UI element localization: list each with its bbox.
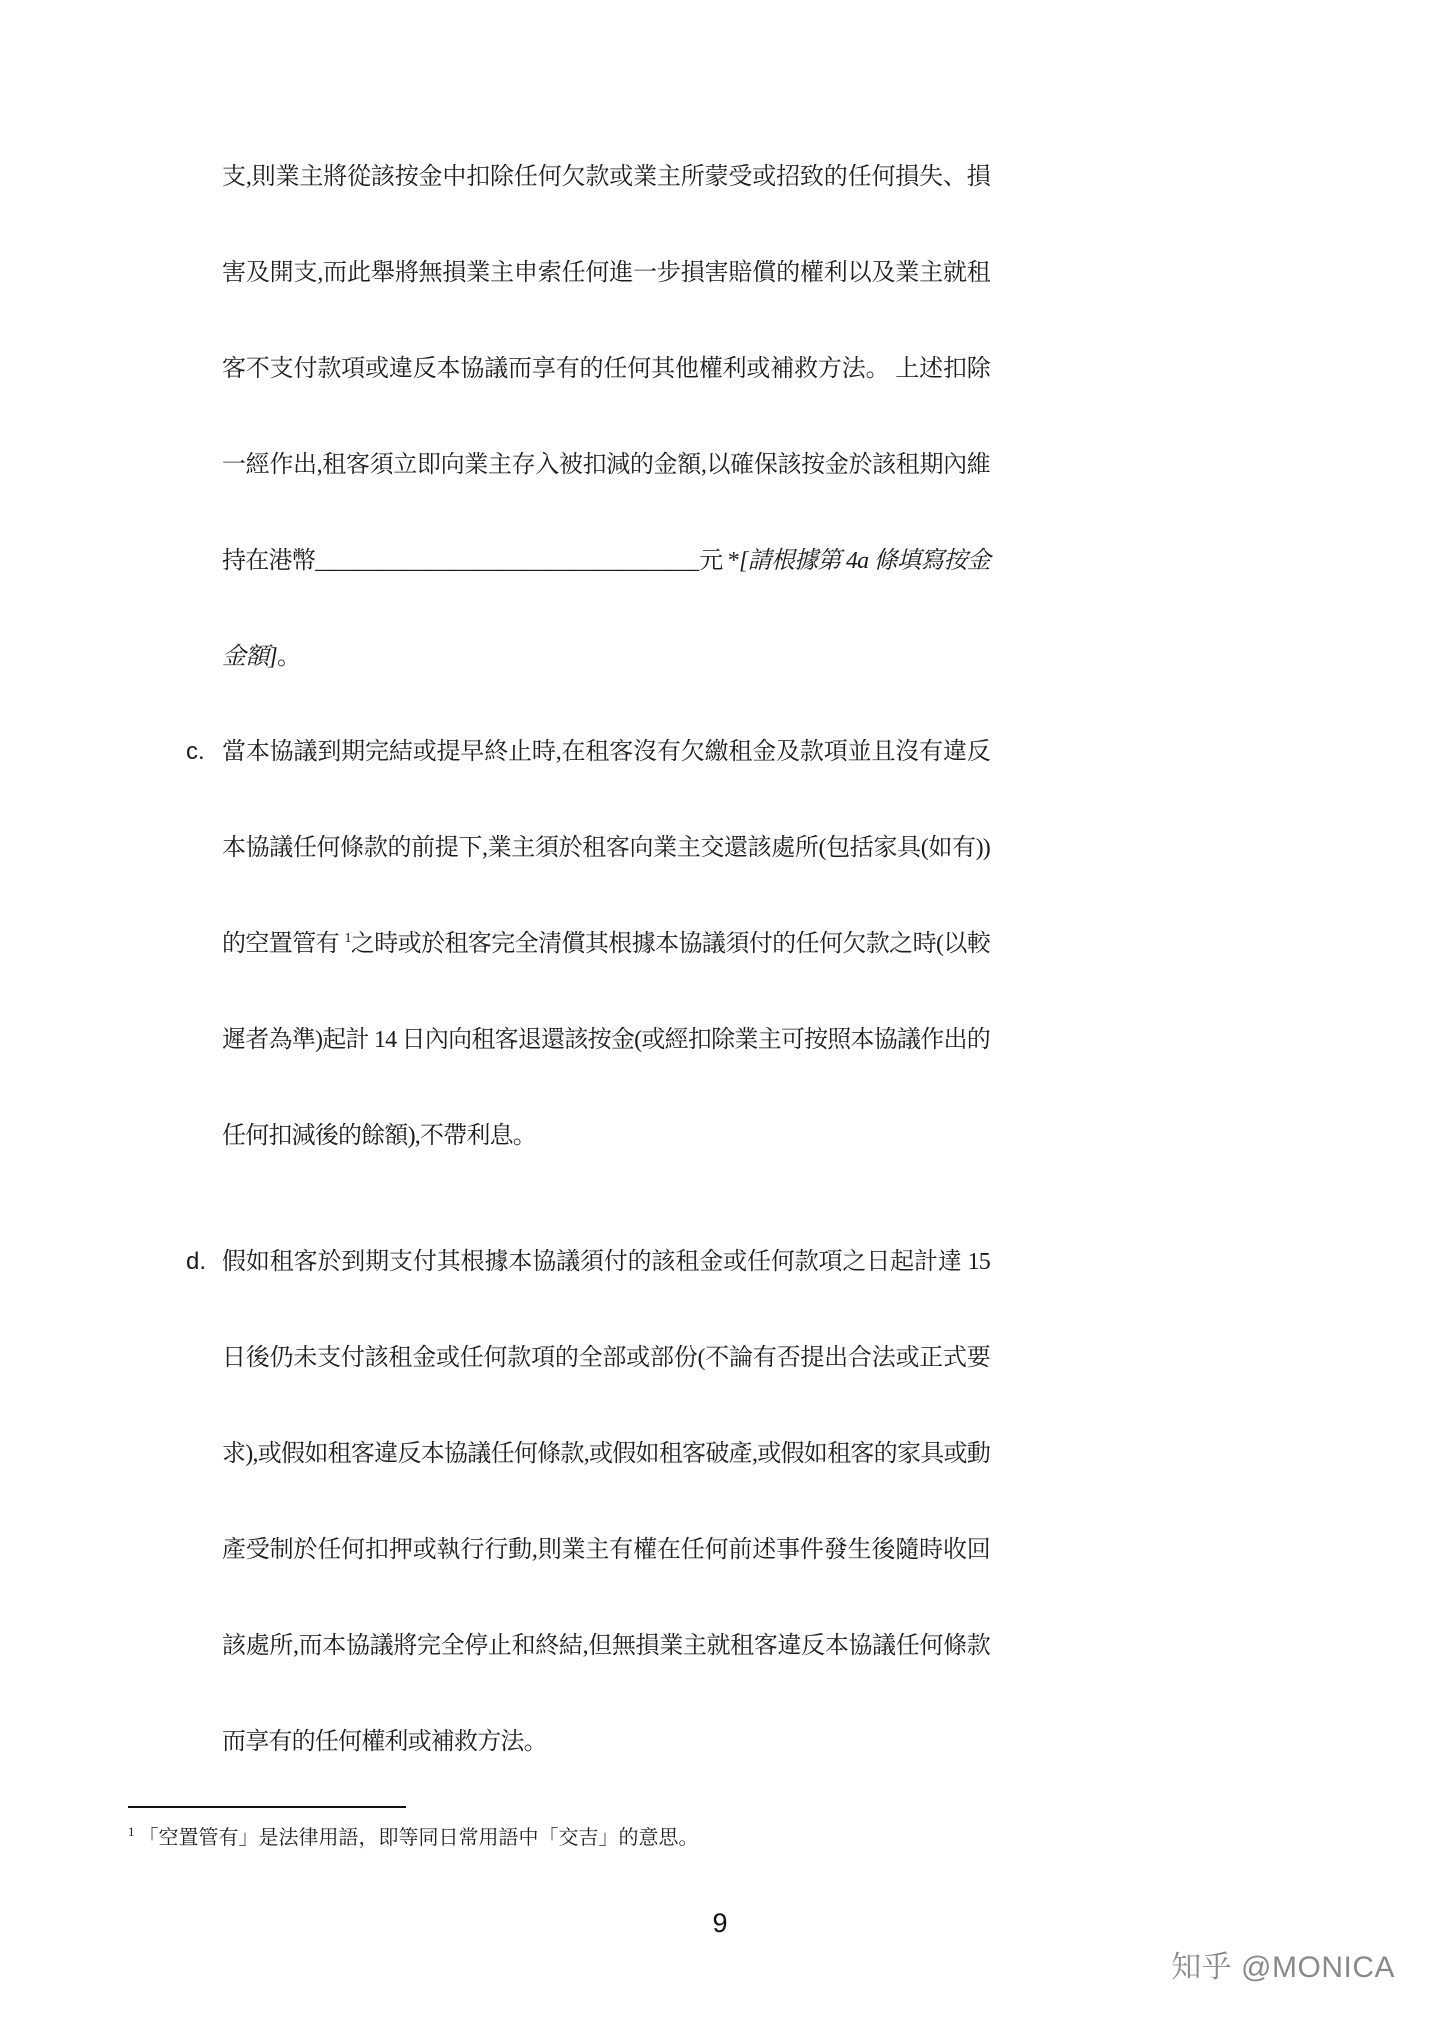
- item-c-label: c.: [186, 704, 220, 800]
- paragraph-repossession-clause: 假如租客於到期支付其根據本協議須付的該租金或任何款項之日起計達 15 日後仍未支…: [222, 1214, 990, 1790]
- deposit-amount-unit: 元 *: [699, 548, 739, 574]
- paragraph-deposit-deduction: 支,則業主將從該按金中扣除任何欠款或業主所蒙受或招致的任何損失、損害及開支,而此…: [222, 129, 990, 705]
- deposit-deduction-text: 支,則業主將從該按金中扣除任何欠款或業主所蒙受或招致的任何損失、損害及開支,而此…: [222, 164, 990, 574]
- deposit-refund-text-part1: 當本協議到期完結或提早終止時,在租客沒有欠繳租金及款項並且沒有違反本協議任何條款…: [222, 739, 990, 957]
- watermark: 知乎 @MONICA: [1171, 1942, 1395, 1986]
- deposit-amount-blank: ________________________________: [315, 548, 699, 574]
- footnote-divider: [128, 1806, 406, 1808]
- deposit-clause-period: 。: [277, 644, 300, 670]
- footnote-marker: 1: [128, 1824, 135, 1839]
- footnote-text: 「空置管有」是法律用語，即等同日常用語中「交吉」的意思。: [139, 1827, 699, 1849]
- document-page: 支,則業主將從該按金中扣除任何欠款或業主所蒙受或招致的任何損失、損害及開支,而此…: [0, 0, 1440, 2036]
- deposit-refund-text-part2: 之時或於租客完全清償其根據本協議須付的任何欠款之時(以較遲者為準)起計 14 日…: [222, 931, 990, 1149]
- page-number: 9: [0, 1908, 1440, 1939]
- footnote: 1「空置管有」是法律用語，即等同日常用語中「交吉」的意思。: [128, 1822, 1028, 1854]
- paragraph-deposit-refund: 當本協議到期完結或提早終止時,在租客沒有欠繳租金及款項並且沒有違反本協議任何條款…: [222, 704, 990, 1184]
- item-d-label: d.: [186, 1214, 220, 1310]
